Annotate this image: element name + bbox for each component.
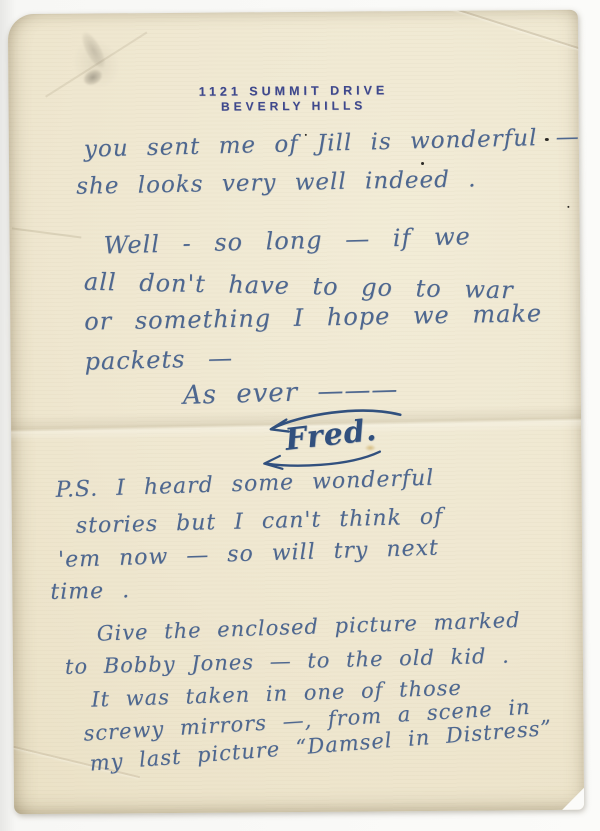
crease-top-right bbox=[441, 10, 584, 51]
paper-speck bbox=[421, 162, 424, 165]
paper-speck bbox=[567, 206, 569, 208]
handwritten-line: or something I hope we make bbox=[84, 299, 542, 335]
handwritten-line: all don't have to go to war bbox=[84, 268, 514, 305]
letter-paper: 1121 SUMMIT DRIVE BEVERLY HILLS you sent… bbox=[8, 10, 584, 814]
handwritten-line: packets — bbox=[84, 344, 233, 376]
handwritten-line: you sent me of Jill is wonderful — bbox=[84, 124, 580, 163]
postscript-line: stories but I can't think of bbox=[76, 504, 444, 538]
signature: Fred. bbox=[250, 400, 413, 477]
postscript-line: to Bobby Jones — to the old kid . bbox=[65, 644, 510, 679]
postscript-line: P.S. I heard some wonderful bbox=[55, 466, 434, 503]
crease-left-edge bbox=[12, 227, 82, 238]
letterhead: 1121 SUMMIT DRIVE BEVERLY HILLS bbox=[8, 82, 578, 116]
postscript-line: 'em now — so will try next bbox=[58, 536, 439, 573]
postscript-line: Give the enclosed picture marked bbox=[96, 608, 521, 646]
handwritten-line: Well - so long — if we bbox=[103, 222, 471, 259]
postscript-line: time . bbox=[50, 578, 130, 605]
handwritten-line: she looks very well indeed . bbox=[76, 166, 477, 199]
scanned-letter: 1121 SUMMIT DRIVE BEVERLY HILLS you sent… bbox=[0, 0, 600, 831]
corner-cut bbox=[560, 786, 584, 812]
letterhead-city: BEVERLY HILLS bbox=[9, 97, 579, 116]
